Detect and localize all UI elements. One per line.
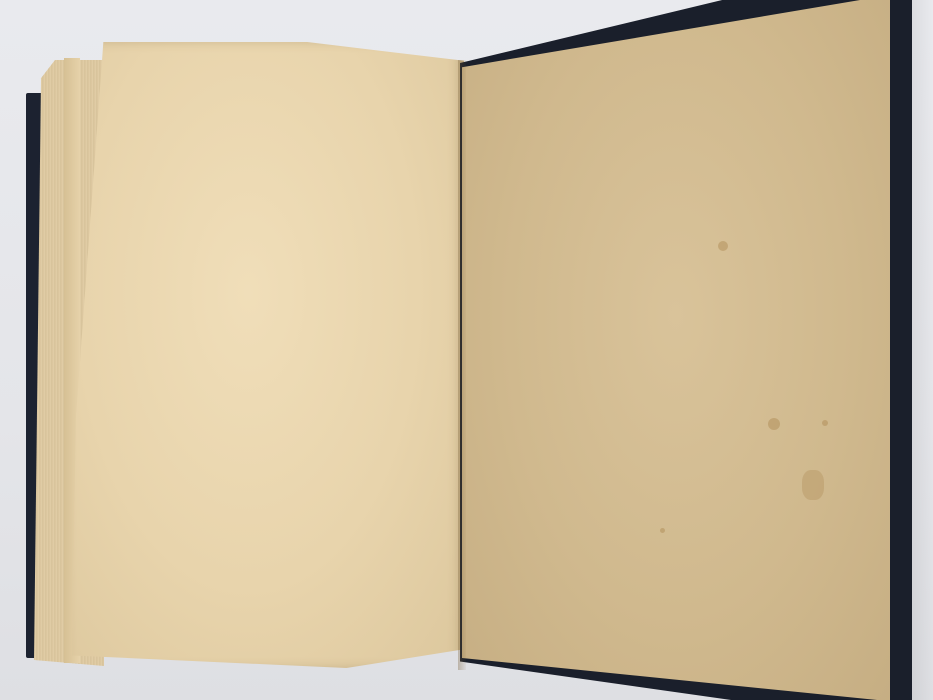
foxing-spot — [660, 528, 665, 533]
book-gutter — [458, 60, 466, 670]
foxing-spot — [822, 420, 828, 426]
foxing-spot — [802, 470, 824, 500]
left-blank-page — [72, 42, 464, 668]
foxing-spot — [768, 418, 780, 430]
right-pastedown-page — [462, 0, 890, 700]
foxing-spot — [718, 241, 728, 251]
